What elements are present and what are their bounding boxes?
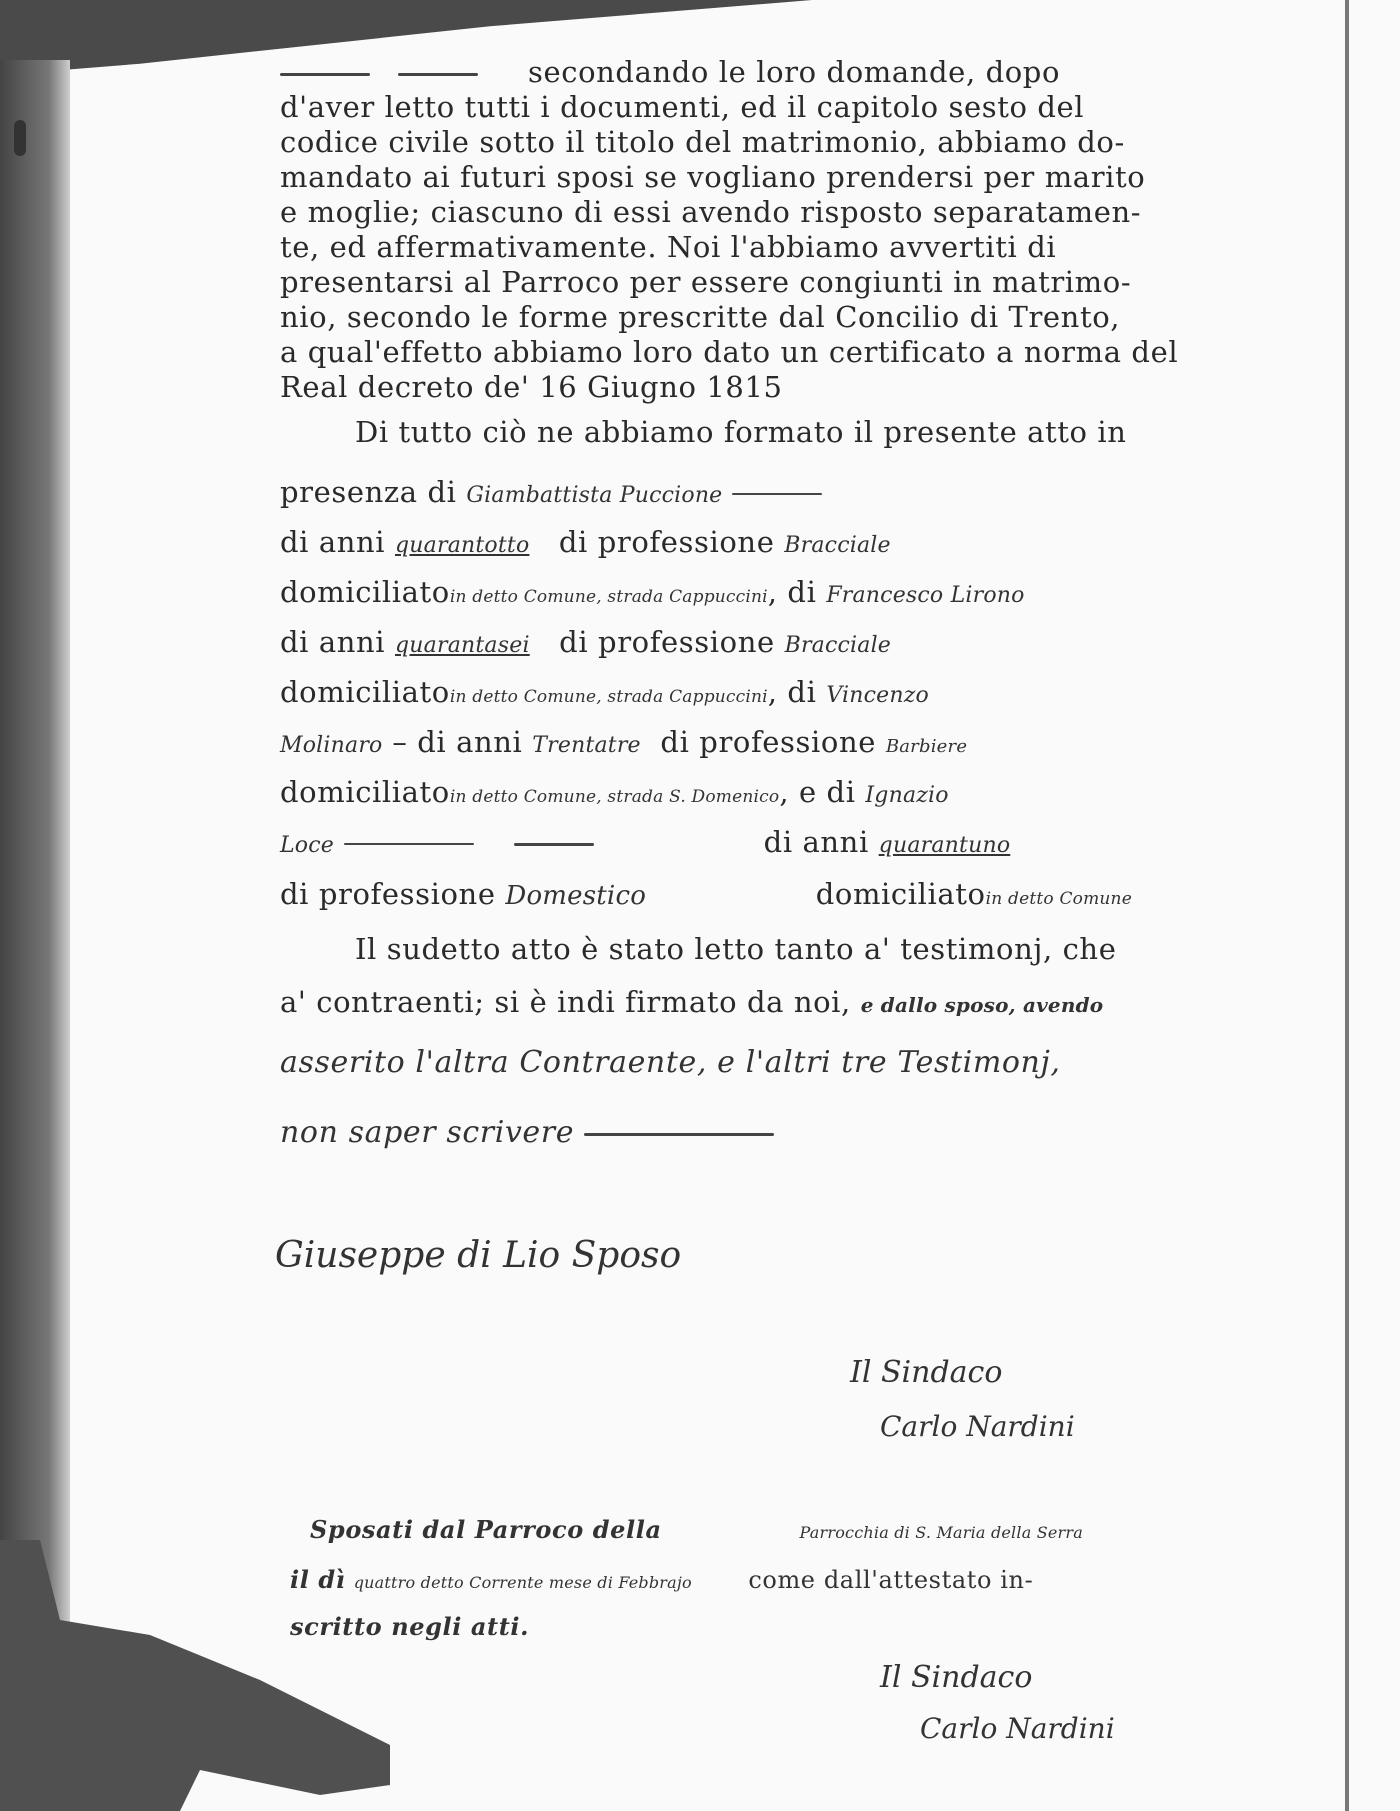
witness-line: domiciliatoin detto Comune, strada Cappu… <box>280 675 929 709</box>
printed-text: di professione <box>280 877 496 911</box>
mayor-signature-name-2: Carlo Nardini <box>920 1712 1115 1745</box>
handwritten-name: Vincenzo <box>826 683 929 708</box>
printed-text: domiciliato <box>280 575 450 609</box>
handwritten-age: quarantasei <box>395 633 530 658</box>
printed-line: codice civile sotto il titolo del matrim… <box>280 125 1125 159</box>
printed-line: secondando le loro domande, dopo <box>280 55 1060 89</box>
printed-text: Sposati dal Parroco della <box>310 1515 662 1544</box>
witness-line: domiciliatoin detto Comune, strada Cappu… <box>280 575 1025 609</box>
printed-line: Real decreto de' 16 Giugno 1815 <box>280 370 783 404</box>
closing-handwritten-line: asserito l'altra Contraente, e l'altri t… <box>280 1045 1061 1080</box>
handwritten-residence: in detto Comune, strada S. Domenico <box>450 787 779 807</box>
filler-dash <box>398 73 478 76</box>
handwritten-name: Francesco Lirono <box>826 583 1024 608</box>
printed-line: mandato ai futuri sposi se vogliano pren… <box>280 160 1145 194</box>
printed-text: secondando le loro domande, dopo <box>528 55 1060 89</box>
filler-dash <box>280 73 370 76</box>
witness-line: di anni quarantotto di professione Bracc… <box>280 525 891 559</box>
closing-handwritten-line: non saper scrivere <box>280 1115 774 1150</box>
handwritten-age: Trentatre <box>532 733 641 758</box>
printed-line: d'aver letto tutti i documenti, ed il ca… <box>280 90 1084 124</box>
printed-text: , e di <box>779 775 855 809</box>
mayor-signature-title-2: Il Sindaco <box>880 1660 1032 1695</box>
printed-text: di anni <box>417 725 522 759</box>
printed-text: di professione <box>660 725 876 759</box>
witness-line: Loce di anni quarantuno <box>280 825 1010 859</box>
handwritten-age: quarantuno <box>879 833 1011 858</box>
handwritten-text: Parrocchia di S. Maria della Serra <box>800 1523 1083 1542</box>
filler-dash <box>344 843 474 845</box>
printed-text: domiciliato <box>280 675 450 709</box>
witness-line: di professione Domestico domiciliatoin d… <box>280 877 1132 911</box>
handwritten-text: e dallo sposo, avendo <box>861 993 1104 1017</box>
handwritten-name: Ignazio <box>865 783 948 808</box>
printed-text: , di <box>768 575 817 609</box>
footer-line: scritto negli atti. <box>290 1612 529 1641</box>
mayor-signature-title: Il Sindaco <box>850 1355 1002 1390</box>
handwritten-residence: in detto Comune <box>986 889 1132 909</box>
printed-text: di anni <box>764 825 869 859</box>
handwritten-name: Molinaro <box>280 733 383 758</box>
handwritten-name: Loce <box>280 833 334 858</box>
handwritten-profession: Barbiere <box>886 736 967 757</box>
groom-signature: Giuseppe di Lio Sposo <box>275 1235 681 1276</box>
printed-text: di anni <box>280 625 385 659</box>
printed-text: di professione <box>559 625 775 659</box>
handwritten-profession: Domestico <box>505 881 646 911</box>
printed-text: a' contraenti; si è indi firmato da noi, <box>280 985 851 1019</box>
closing-line: a' contraenti; si è indi firmato da noi,… <box>280 985 1103 1019</box>
handwritten-text: quattro detto Corrente mese di Febbrajo <box>354 1573 692 1592</box>
witness-line: domiciliatoin detto Comune, strada S. Do… <box>280 775 949 809</box>
printed-text: di professione <box>559 525 775 559</box>
printed-text: di anni <box>280 525 385 559</box>
filler-dash <box>584 1133 774 1136</box>
printed-text: domiciliato <box>816 877 986 911</box>
printed-text: domiciliato <box>280 775 450 809</box>
printed-line: presentarsi al Parroco per essere congiu… <box>280 265 1131 299</box>
closing-line: Il sudetto atto è stato letto tanto a' t… <box>355 932 1116 966</box>
handwritten-profession: Bracciale <box>784 533 890 558</box>
printed-text: il dì <box>290 1565 346 1594</box>
handwritten-text: non saper scrivere <box>280 1115 574 1150</box>
witness-line: di anni quarantasei di professione Bracc… <box>280 625 891 659</box>
printed-line: e moglie; ciascuno di essi avendo rispos… <box>280 195 1141 229</box>
mayor-signature-name: Carlo Nardini <box>880 1410 1075 1443</box>
handwritten-age: quarantotto <box>395 533 529 558</box>
footer-line: Sposati dal Parroco della Parrocchia di … <box>310 1515 1083 1544</box>
handwritten-profession: Bracciale <box>785 633 891 658</box>
printed-line: a qual'effetto abbiamo loro dato un cert… <box>280 335 1178 369</box>
handwritten-residence: in detto Comune, strada Cappuccini <box>450 587 768 607</box>
printed-line: Di tutto ciò ne abbiamo formato il prese… <box>355 415 1127 449</box>
handwritten-residence: in detto Comune, strada Cappuccini <box>450 687 768 707</box>
footer-line: il dì quattro detto Corrente mese di Feb… <box>290 1565 1033 1594</box>
printed-text: , di <box>768 675 817 709</box>
printed-text: come dall'attestato in- <box>748 1566 1033 1594</box>
filler-dash <box>514 843 594 846</box>
filler-dash <box>732 493 822 495</box>
witness-line: presenza di Giambattista Puccione <box>280 475 822 509</box>
page-edge-line <box>1345 0 1349 1811</box>
ink-blot <box>14 120 26 156</box>
printed-line: nio, secondo le forme prescritte dal Con… <box>280 300 1120 334</box>
witness-line: Molinaro – di anni Trentatre di professi… <box>280 725 967 759</box>
printed-line: te, ed affermativamente. Noi l'abbiamo a… <box>280 230 1056 264</box>
printed-text: presenza di <box>280 475 457 509</box>
handwritten-name: Giambattista Puccione <box>466 483 722 508</box>
